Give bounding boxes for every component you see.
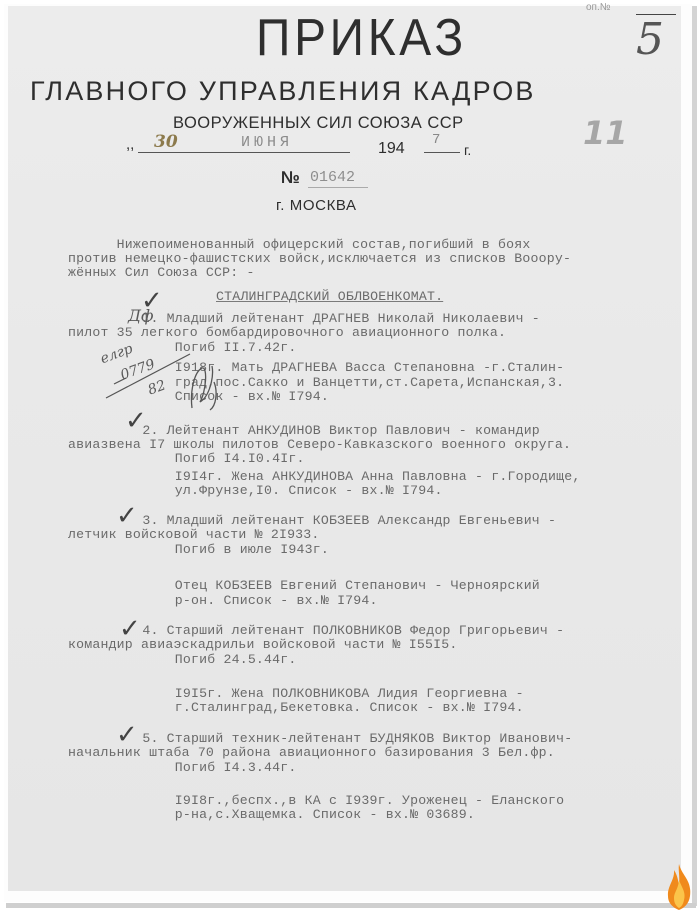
entry-line: 2. Лейтенант АНКУДИНОВ Виктор Павлович -…	[118, 424, 540, 438]
entry-line: Погиб I4.3.44г.	[118, 761, 297, 775]
order-number: 01642	[310, 169, 355, 186]
issuer-subtitle: ВООРУЖЕННЫХ СИЛ СОЮЗА ССР	[173, 114, 464, 133]
entry-line: пилот 35 легкого бомбардировочного авиац…	[68, 326, 506, 340]
checkmark-icon: ✓	[116, 501, 138, 531]
entry-line: I. Младший лейтенант ДРАГНЕВ Николай Ник…	[118, 312, 540, 326]
city: г. МОСКВА	[276, 197, 357, 214]
entry-line: 4. Старший лейтенант ПОЛКОВНИКОВ Федор Г…	[118, 624, 564, 638]
entry-line: 3. Младший лейтенант КОБЗЕЕВ Александр Е…	[118, 514, 556, 528]
checkmark-icon: ✓	[116, 720, 138, 750]
date-day: 30	[154, 132, 178, 152]
entry-line: 5. Старший техник-лейтенант БУДНЯКОВ Вик…	[118, 732, 572, 746]
stamp-number: 11	[583, 114, 628, 152]
entry-line: р-на,с.Хващемка. Список - вх.№ 03689.	[118, 808, 475, 822]
section-heading: СТАЛИНГРАДСКИЙ ОБЛВОЕНКОМАТ.	[216, 290, 443, 304]
entry-line: начальник штаба 70 района авиационного б…	[68, 746, 555, 760]
entry-line: Погиб в июле I943г.	[118, 543, 329, 557]
year-underline	[424, 152, 460, 153]
entry-line: Погиб I4.I0.4Iг.	[118, 452, 305, 466]
entry-line: г.Сталинград,Бекетовка. Список - вх.№ I7…	[118, 701, 524, 715]
frame-shadow-right	[692, 6, 697, 906]
checkmark-icon: ✓	[119, 614, 141, 644]
document-title: ПРИКАЗ	[256, 8, 467, 68]
sheet-number: 5	[636, 14, 664, 65]
entry-line: Отец КОБЗЕЕВ Евгений Степанович - Черноя…	[118, 579, 540, 593]
frame-shadow-bottom	[6, 903, 696, 908]
intro-line: Нижепоименованный офицерский состав,поги…	[68, 238, 531, 252]
date-quote: ,,	[126, 136, 134, 153]
entry-line: Погиб 24.5.44г.	[118, 653, 297, 667]
date-year-digit: 7	[432, 132, 440, 148]
archive-mark: оп.№	[586, 2, 610, 13]
issuer-name: ГЛАВНОГО УПРАВЛЕНИЯ КАДРОВ	[30, 76, 536, 107]
entry-line: р-он. Список - вх.№ I794.	[118, 594, 378, 608]
entry-line: авиазвена I7 школы пилотов Северо-Кавказ…	[68, 438, 571, 452]
document-page: оп.№ 5 ПРИКАЗ ГЛАВНОГО УПРАВЛЕНИЯ КАДРОВ…	[8, 6, 681, 891]
date-year-prefix: 194	[378, 140, 405, 158]
intro-line: против немецко-фашистских войск,исключае…	[68, 252, 571, 266]
entry-line: I9I5г. Жена ПОЛКОВНИКОВА Лидия Георгиевн…	[118, 687, 524, 701]
order-number-underline	[308, 187, 368, 188]
intro-line: жённых Сил Союза ССР: -	[68, 266, 255, 280]
margin-slash-icon	[104, 352, 194, 402]
flame-logo-icon	[662, 862, 696, 912]
entry-line: ул.Фрунзе,I0. Список - вх.№ I794.	[118, 484, 443, 498]
checkmark-icon: ✓	[125, 406, 147, 436]
entry-line: летчик войсковой части № 2I933.	[68, 528, 320, 542]
date-year-suffix: г.	[464, 142, 471, 158]
order-number-sign: №	[281, 168, 300, 188]
entry-line: I9I8г.,беспх.,в КА с I939г. Уроженец - Е…	[118, 794, 564, 808]
initials-note: Дф	[128, 306, 154, 325]
signature-scribble-icon	[188, 362, 222, 414]
entry-line: I9I4г. Жена АНКУДИНОВА Анна Павловна - г…	[118, 470, 581, 484]
date-month: ИЮНЯ	[241, 134, 293, 151]
date-underline	[138, 152, 350, 153]
